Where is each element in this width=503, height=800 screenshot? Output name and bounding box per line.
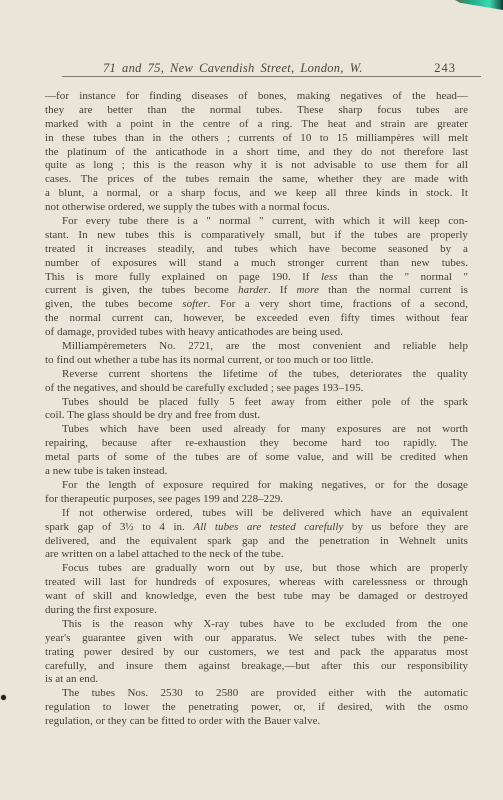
text-line: in these tubes than in the others ; curr… — [45, 132, 468, 146]
text-line: given, the tubes become softer. For a ve… — [45, 298, 468, 312]
text-line: The tubes Nos. 2530 to 2580 are provided… — [45, 687, 468, 701]
text-line: Reverse current shortens the lifetime of… — [45, 368, 468, 382]
text-line: This is more fully explained on page 190… — [45, 271, 468, 285]
text-line: to find out whether a tube has its norma… — [45, 354, 468, 368]
scan-backdrop-corner — [455, 0, 503, 10]
running-title: 71 and 75, New Cavendish Street, London,… — [103, 61, 363, 76]
text-line: If not otherwise ordered, tubes will be … — [45, 507, 468, 521]
text-line: want of skill and knowledge, even the be… — [45, 590, 468, 604]
text-line: This is the reason why X-ray tubes have … — [45, 618, 468, 632]
text-line: treated will last for hundreds of exposu… — [45, 576, 468, 590]
header-rule — [62, 76, 481, 77]
text-line: stant. In new tubes this is comparativel… — [45, 229, 468, 243]
text-line: are written on a label attached to the n… — [45, 548, 468, 562]
text-line: Focus tubes are gradually worn out by us… — [45, 562, 468, 576]
text-line: marked with a point in the centre of a r… — [45, 118, 468, 132]
text-line: number of exposures will stand a much st… — [45, 257, 468, 271]
page-header: 71 and 75, New Cavendish Street, London,… — [62, 61, 481, 77]
text-line: not otherwise ordered, we supply the tub… — [45, 201, 468, 215]
text-line: during the first exposure. — [45, 604, 468, 618]
page-number: 243 — [434, 61, 456, 76]
text-line: metal parts of some of the tubes are of … — [45, 451, 468, 465]
text-line: they are better than the normal tubes. T… — [45, 104, 468, 118]
text-line: regulation, or they can be fitted to ord… — [45, 715, 468, 729]
text-line: regulation to lower the penetrating powe… — [45, 701, 468, 715]
text-line: —for instance for finding diseases of bo… — [45, 90, 468, 104]
text-line: Tubes should be placed fully 5 feet away… — [45, 396, 468, 410]
text-line: cases. The prices of the tubes remain th… — [45, 173, 468, 187]
text-line: a new tube is taken instead. — [45, 465, 468, 479]
text-line: year's guarantee given with our apparatu… — [45, 632, 468, 646]
text-line: coil. The glass should be dry and free f… — [45, 409, 468, 423]
text-line: quite as long ; this is the reason why i… — [45, 159, 468, 173]
text-line: current is given, the tubes become harde… — [45, 284, 468, 298]
text-line: for therapeutic purposes, see pages 199 … — [45, 493, 468, 507]
text-line: Tubes which have been used already for m… — [45, 423, 468, 437]
ink-speck — [1, 695, 6, 700]
text-line: For the length of exposure required for … — [45, 479, 468, 493]
scanned-book-page: 71 and 75, New Cavendish Street, London,… — [0, 0, 503, 800]
text-line: treated it increases steadily, and tubes… — [45, 243, 468, 257]
text-line: of damage, provided tubes with heavy ant… — [45, 326, 468, 340]
text-line: is at an end. — [45, 673, 468, 687]
text-line: the platinum of the anticathode in a sho… — [45, 146, 468, 160]
text-line: For every tube there is a " normal " cur… — [45, 215, 468, 229]
text-line: the normal current can, however, be exce… — [45, 312, 468, 326]
text-line: spark gap of 3½ to 4 in. All tubes are t… — [45, 521, 468, 535]
text-line: of the negatives, and should be carefull… — [45, 382, 468, 396]
body-text: —for instance for finding diseases of bo… — [45, 90, 468, 729]
text-line: repairing, because after re-exhaustion t… — [45, 437, 468, 451]
text-line: a blunt, a normal, or a sharp focus, and… — [45, 187, 468, 201]
text-line: carefully, and insure them against break… — [45, 660, 468, 674]
text-line: delivered, and the equivalent spark gap … — [45, 535, 468, 549]
text-line: trating power desired by our customers, … — [45, 646, 468, 660]
text-line: Milliampèremeters No. 2721, are the most… — [45, 340, 468, 354]
